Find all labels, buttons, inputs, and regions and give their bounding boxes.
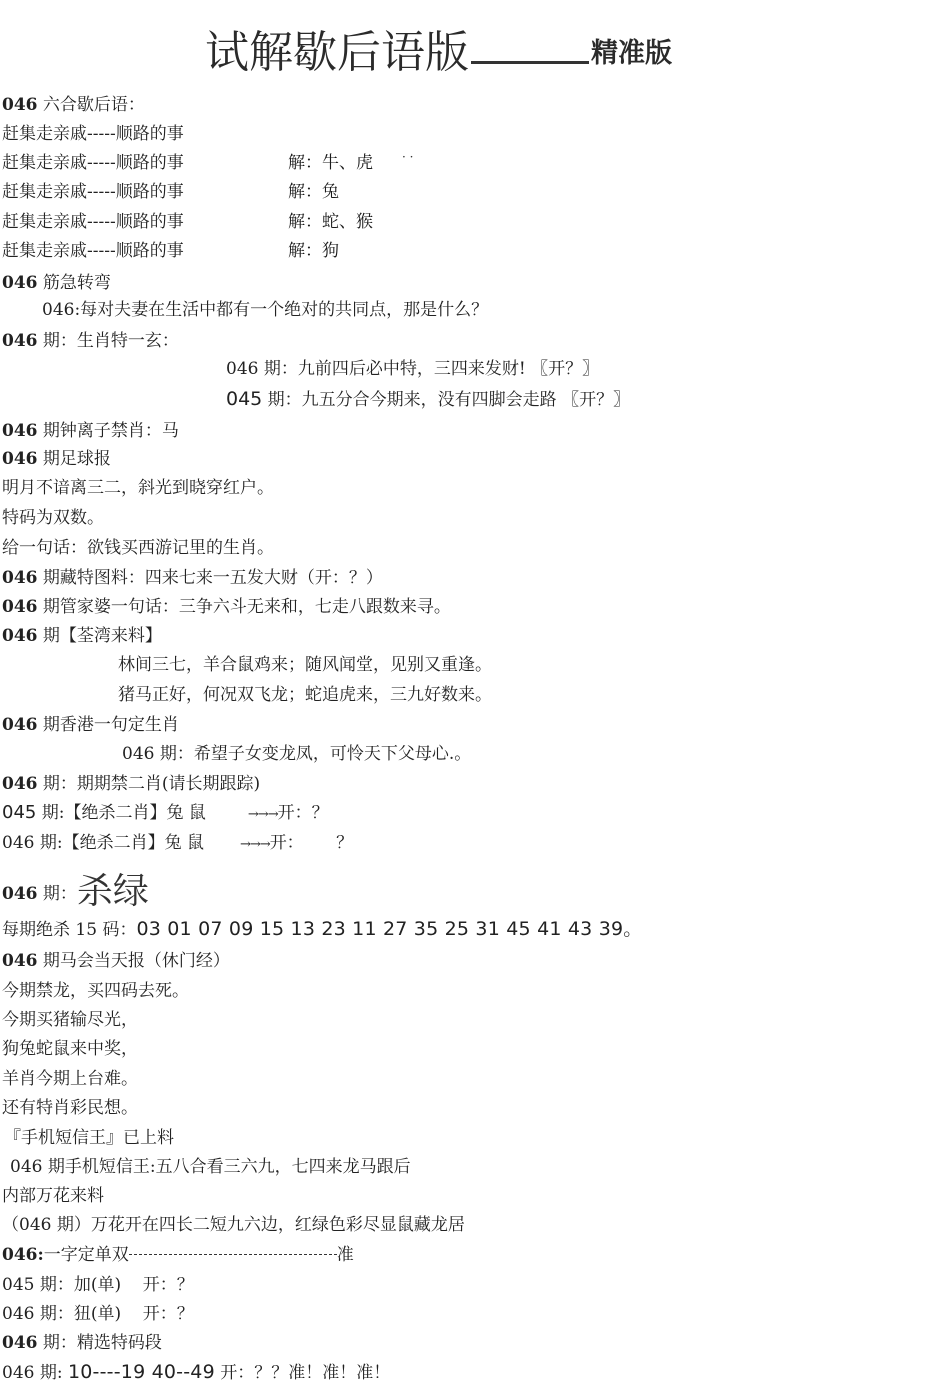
flowers-heading: 内部万花来料 (2, 1185, 104, 1207)
hidden-chart-line: 046 期藏特图料：四来七来一五发大财（开：？） (2, 567, 383, 589)
dashed-divider (129, 1254, 337, 1255)
title-main: 试解歇后语版 (205, 28, 469, 78)
segment-heading: 046 期：精选特码段 (2, 1332, 162, 1354)
xiehouyu-row: 赶集走亲戚-----顺路的事 (2, 123, 184, 145)
zodiac-mystery-line: 045 期：九五分合今期来，没有四脚会走路 〖开？〗 (226, 388, 630, 411)
ban-two-row: 046 期:【绝杀二肖】兔 鼠→→→开： ？ (2, 832, 353, 856)
football-line: 给一句话：欲钱买西游记里的生肖。 (2, 537, 274, 559)
decorative-dots: · · (402, 150, 413, 164)
horse-report-line: 还有特肖彩民想。 (2, 1097, 138, 1119)
odd-even-heading: 046:一字定单双准 (2, 1244, 354, 1266)
quanwan-line: 猪马正好，何况双飞龙；蛇追虎来，三九好数来。 (118, 684, 492, 706)
hongkong-heading: 046 期香港一句定生肖 (2, 714, 179, 736)
flowers-line: （046 期）万花开在四长二短九六边，红绿色彩尽显鼠藏龙居 (2, 1214, 465, 1236)
horse-report-line: 狗兔蛇鼠来中奖， (2, 1038, 138, 1060)
ban-two-heading: 046 期：期期禁二肖(请长期跟踪) (2, 773, 260, 795)
quanwan-line: 林间三七，羊合鼠鸡来；随风闻堂，见别又重逢。 (118, 654, 492, 676)
segment-line: 046 期: 10----19 40--49 开：？？准！准！准！ (2, 1361, 390, 1384)
title-divider (471, 61, 589, 64)
odd-even-row: 046 期：狃(单) 开：？ (2, 1303, 194, 1325)
football-heading: 046 期足球报 (2, 448, 111, 470)
xiehouyu-row: 赶集走亲戚-----顺路的事 (2, 211, 184, 233)
kill15-line: 每期绝杀 15 码：03 01 07 09 15 13 23 11 27 35 … (2, 918, 642, 941)
xiehouyu-heading: 046 六合歇后语： (2, 94, 145, 116)
housekeeper-line: 046 期管家婆一句话：三争六斗无来和，七走八跟数来寻。 (2, 596, 451, 618)
football-line: 特码为双数。 (2, 507, 104, 529)
quanwan-heading: 046 期【荃湾来料】 (2, 625, 162, 647)
xiehouyu-row: 赶集走亲戚-----顺路的事 (2, 152, 184, 174)
horse-report-line: 今期买猪输尽光， (2, 1009, 138, 1031)
hongkong-line: 046 期：希望子女变龙凤，可怜天下父母心.。 (122, 743, 471, 765)
sms-king-line: 046 期手机短信王:五八合看三六九，七四来龙马跟后 (10, 1156, 411, 1178)
arrow-icon: →→→ (248, 807, 278, 822)
xiehouyu-row: 赶集走亲戚-----顺路的事 (2, 240, 184, 262)
brain-teaser-question: 046:每对夫妻在生活中都有一个绝对的共同点，那是什么？ (42, 299, 488, 321)
horse-report-line: 今期禁龙，买四码去死。 (2, 980, 189, 1002)
title-subtitle: 精准版 (591, 34, 672, 74)
odd-even-row: 045 期：加(单) 开：？ (2, 1274, 194, 1296)
zodiac-mystery-line: 046 期：九前四后必中特，三四来发财! 〖开？〗 (226, 358, 599, 380)
xiehouyu-row: 赶集走亲戚-----顺路的事 (2, 181, 184, 203)
page-title: 试解歇后语版 精准版 (205, 18, 672, 78)
xiehouyu-answer: 解：蛇、猴 (288, 211, 373, 233)
kill-green-value: 杀绿 (77, 871, 149, 912)
brain-teaser-heading: 046 筋急转弯 (2, 272, 111, 294)
kill-green-line: 046 期：杀绿 (2, 870, 149, 916)
sms-king-heading: 『手机短信王』已上料 (4, 1127, 174, 1149)
bell-zodiac-line: 046 期钟离子禁肖：马 (2, 420, 179, 442)
horse-report-heading: 046 期马会当天报（休门经） (2, 950, 230, 972)
horse-report-line: 羊肖今期上台难。 (2, 1068, 138, 1090)
zodiac-mystery-heading: 046 期：生肖特一玄： (2, 330, 179, 352)
xiehouyu-answer: 解：牛、虎 (288, 152, 373, 174)
ban-two-row: 045 期:【绝杀二肖】兔 鼠→→→开：？ (2, 802, 329, 826)
xiehouyu-answer: 解：狗 (288, 240, 339, 262)
football-line: 明月不谙离三二，斜光到晓穿红户。 (2, 477, 274, 499)
xiehouyu-answer: 解：兔 (288, 181, 339, 203)
arrow-icon: →→→ (240, 837, 270, 852)
